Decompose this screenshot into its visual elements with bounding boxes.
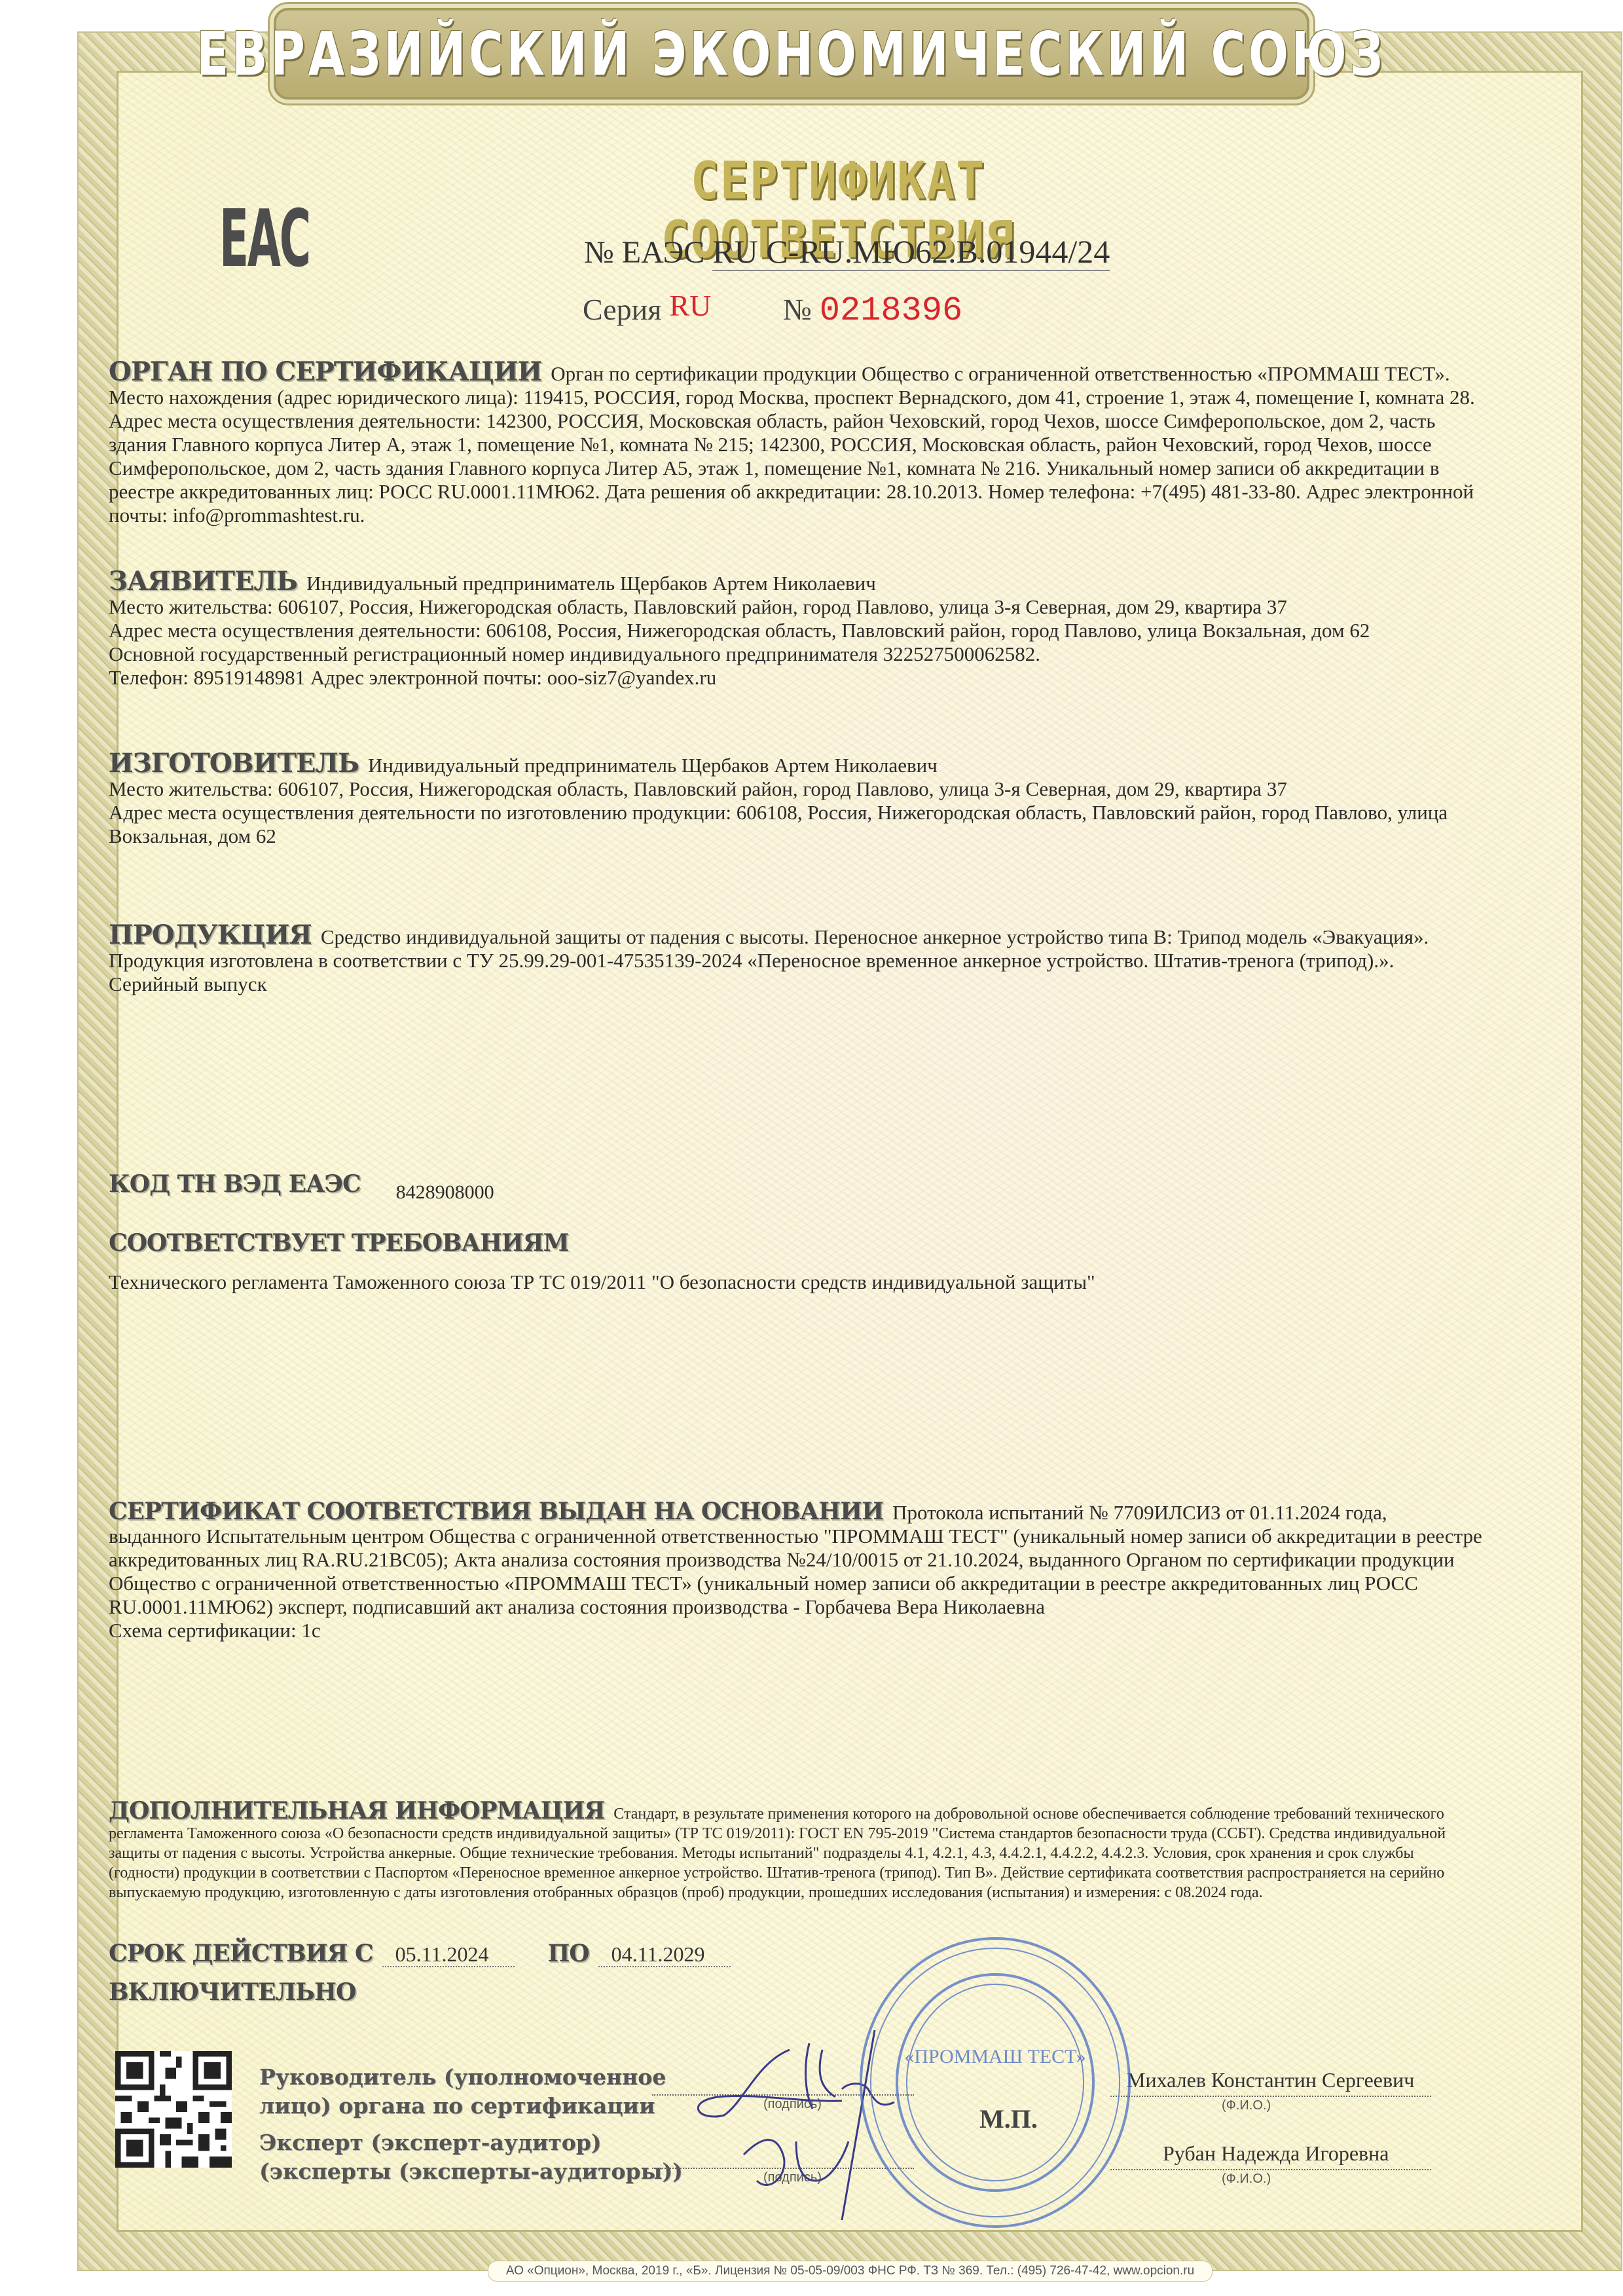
blank-number-label: №: [783, 293, 812, 326]
section-hs-code: КОД ТН ВЭД ЕАЭС8428908000: [109, 1172, 1484, 1204]
svg-text:«ПРОММАШ ТЕСТ»: «ПРОММАШ ТЕСТ»: [904, 2046, 1085, 2067]
section-heading: ДОПОЛНИТЕЛЬНАЯ ИНФОРМАЦИЯ: [109, 1797, 604, 1824]
validity-to-date: 04.11.2029: [598, 1942, 731, 1967]
validity-from-date: 05.11.2024: [382, 1942, 515, 1967]
hs-code-value: 8428908000: [396, 1181, 494, 1203]
official-seal-icon: «ПРОММАШ ТЕСТ»: [851, 1932, 1139, 2233]
section-product: ПРОДУКЦИЯСредство индивидуальной защиты …: [109, 923, 1484, 996]
section-manufacturer: ИЗГОТОВИТЕЛЬИндивидуальный предпринимате…: [109, 752, 1484, 848]
blank-number-value: 0218396: [820, 291, 962, 330]
union-plaque: ЕВРАЗИЙСКИЙ ЭКОНОМИЧЕСКИЙ СОЮЗ: [274, 8, 1309, 100]
applicant-line: Телефон: 89519148981 Адрес электронной п…: [109, 666, 1484, 690]
applicant-line: Основной государственный регистрационный…: [109, 642, 1484, 666]
expert-signatory-label: Эксперт (эксперт-аудитор) (эксперты (экс…: [259, 2128, 683, 2186]
certificate-number: № ЕАЭС RU C-RU.МЮ62.В.01944/24: [584, 232, 1110, 270]
section-heading: ПРОДУКЦИЯ: [109, 919, 312, 950]
head-name: Михалев Константин Сергеевич: [1127, 2068, 1414, 2092]
section-validity: СРОК ДЕЙСТВИЯ С05.11.2024 ПО04.11.2029 В…: [109, 1942, 1484, 2005]
signature-block: Руководитель (уполномоченное лицо) орган…: [109, 2043, 1484, 2233]
eac-mark-icon: ЕАС: [219, 194, 310, 285]
series-value: RU: [669, 289, 711, 322]
applicant-name: Индивидуальный предприниматель Щербаков …: [306, 572, 876, 595]
printer-imprint: АО «Опцион», Москва, 2019 г., «Б». Лицен…: [488, 2261, 1213, 2282]
section-additional: ДОПОЛНИТЕЛЬНАЯ ИНФОРМАЦИЯСтандарт, в рез…: [109, 1801, 1484, 1902]
expert-name-line: [1110, 2169, 1431, 2170]
section-applicant: ЗАЯВИТЕЛЬИндивидуальный предприниматель …: [109, 570, 1484, 690]
validity-from-label: СРОК ДЕЙСТВИЯ С: [109, 1940, 373, 1967]
series-label: Серия: [583, 293, 661, 326]
blank-series: СерияRU №0218396: [583, 288, 962, 330]
expert-name: Рубан Надежда Игоревна: [1163, 2141, 1389, 2166]
product-release: Серийный выпуск: [109, 972, 1484, 996]
head-signatory-label: Руководитель (уполномоченное лицо) орган…: [259, 2063, 666, 2120]
manufacturer-name: Индивидуальный предприниматель Щербаков …: [368, 754, 938, 777]
conformity-text: Технического регламента Таможенного союз…: [109, 1270, 1484, 1294]
manufacturer-line: Адрес места осуществления деятельности п…: [109, 801, 1484, 848]
validity-to-label: ПО: [547, 1940, 589, 1967]
section-conformity: СООТВЕТСТВУЕТ ТРЕБОВАНИЯМ Технического р…: [109, 1231, 1484, 1294]
section-heading: ИЗГОТОВИТЕЛЬ: [109, 748, 359, 779]
basis-scheme: Схема сертификации: 1с: [109, 1619, 1484, 1642]
applicant-line: Место жительства: 606107, Россия, Нижего…: [109, 595, 1484, 619]
section-certification-body: ОРГАН ПО СЕРТИФИКАЦИИОрган по сертификац…: [109, 360, 1484, 527]
section-heading: ОРГАН ПО СЕРТИФИКАЦИИ: [109, 356, 541, 387]
certificate-number-label: № ЕАЭС: [584, 235, 704, 270]
section-heading: СЕРТИФИКАТ СООТВЕТСТВИЯ ВЫДАН НА ОСНОВАН…: [109, 1498, 883, 1525]
applicant-line: Адрес места осуществления деятельности: …: [109, 619, 1484, 642]
manufacturer-line: Место жительства: 606107, Россия, Нижего…: [109, 777, 1484, 801]
section-heading: ЗАЯВИТЕЛЬ: [109, 566, 297, 597]
validity-inclusive: ВКЛЮЧИТЕЛЬНО: [109, 1978, 356, 2006]
certificate-number-value: RU C-RU.МЮ62.В.01944/24: [712, 233, 1110, 271]
section-heading: СООТВЕТСТВУЕТ ТРЕБОВАНИЯМ: [109, 1229, 568, 1257]
qr-code-icon: [115, 2051, 232, 2168]
expert-name-caption: (Ф.И.О.): [1222, 2172, 1271, 2187]
section-heading: КОД ТН ВЭД ЕАЭС: [109, 1170, 361, 1198]
head-name-line: [1110, 2096, 1431, 2097]
head-name-caption: (Ф.И.О.): [1222, 2098, 1271, 2113]
section-basis: СЕРТИФИКАТ СООТВЕТСТВИЯ ВЫДАН НА ОСНОВАН…: [109, 1500, 1484, 1642]
section-text: Орган по сертификации продукции Общество…: [109, 362, 1475, 527]
union-title: ЕВРАЗИЙСКИЙ ЭКОНОМИЧЕСКИЙ СОЮЗ: [197, 19, 1387, 89]
